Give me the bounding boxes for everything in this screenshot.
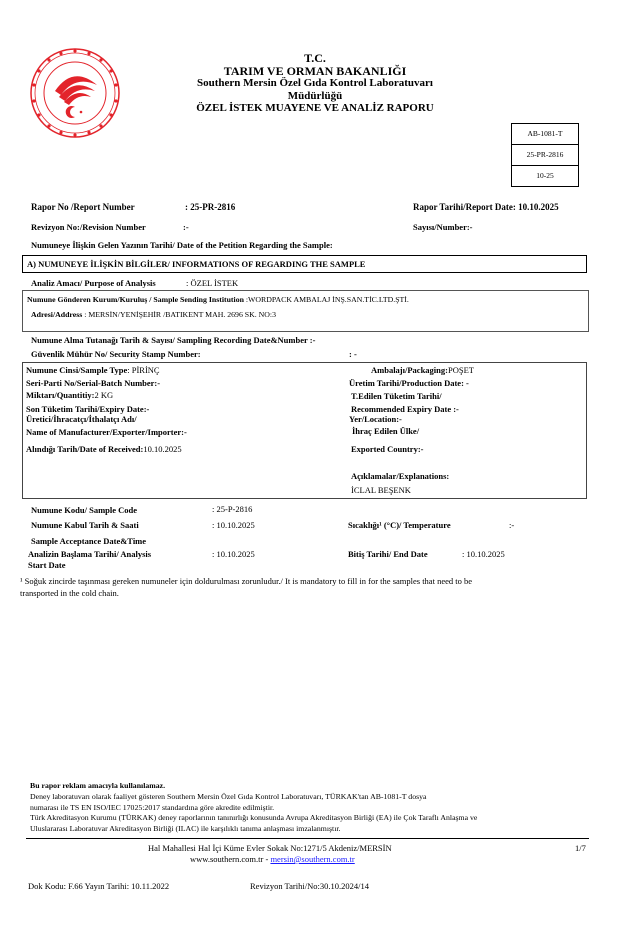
lab-name: Southern Mersin Özel Gıda Kontrol Labora… — [150, 77, 480, 90]
serial-batch: Seri-Parti No/Serial-Batch Number:- — [26, 378, 160, 389]
disclaimer-line-1: Deney laboratuvarı olarak faaliyet göste… — [30, 792, 426, 802]
month-code: 10-25 — [512, 166, 578, 186]
sample-type-value: : PİRİNÇ — [127, 365, 159, 375]
received-date-label: Alındığı Tarih/Date of Received: — [26, 444, 143, 454]
report-code: 25-PR-2816 — [512, 145, 578, 166]
disclaimer-line-2: numarası ile TS EN ISO/IEC 17025:2017 st… — [30, 803, 274, 813]
exported-country-tr: İhraç Edilen Ülke/ — [352, 426, 419, 437]
sample-type: Numune Cinsi/Sample Type: PİRİNÇ — [26, 365, 160, 376]
exported-country-en: Exported Country:- — [351, 444, 423, 455]
end-date-value: : 10.10.2025 — [462, 549, 505, 560]
start-date-label: Analizin Başlama Tarihi/ Analysis — [28, 549, 151, 560]
temperature-label: Sıcaklığı¹ (°C)/ Temperature — [348, 520, 451, 531]
acceptance-value: : 10.10.2025 — [212, 520, 255, 531]
recommended-expiry-en: Recommended Expiry Date :- — [351, 404, 459, 415]
sampling-label: Numune Alma Tutanağı Tarih & Sayısı/ Sam… — [31, 335, 308, 345]
revision-date: Revizyon Tarihi/No:30.10.2024/14 — [250, 881, 369, 892]
footer-website[interactable]: www.southern.com.tr — [190, 854, 263, 864]
address-value: : MERSİN/YENİŞEHİR /BATIKENT MAH. 2696 S… — [82, 310, 276, 319]
disclaimer-title: Bu rapor reklam amacıyla kullanılamaz. — [30, 781, 165, 791]
institution-value: :WORDPACK AMBALAJ İNŞ.SAN.TİC.LTD.ŞTİ. — [244, 295, 409, 304]
packaging-value: POŞET — [448, 365, 474, 375]
sample-code-label: Numune Kodu/ Sample Code — [31, 505, 137, 516]
footer-email-link[interactable]: mersin@southern.com.tr — [270, 854, 354, 864]
report-title: ÖZEL İSTEK MUAYENE VE ANALİZ RAPORU — [150, 102, 480, 115]
production-date: Üretim Tarihi/Production Date: - — [349, 378, 469, 389]
ministry-name: TARIM VE ORMAN BAKANLIĞI — [150, 65, 480, 78]
page-number: 1/7 — [575, 843, 586, 854]
recommended-expiry-tr: T.Edilen Tüketim Tarihi/ — [351, 391, 442, 402]
acceptance-label: Numune Kabul Tarih & Saati — [31, 520, 139, 531]
end-date-label: Bitiş Tarihi/ End Date — [348, 549, 428, 560]
institution-label: Numune Gönderen Kurum/Kuruluş / Sample S… — [27, 295, 244, 304]
footnote-line-2: transported in the cold chain. — [20, 588, 119, 599]
quantity: Miktarı/Quantitiy:2 KG — [26, 390, 113, 401]
disclaimer-line-3: Türk Akreditasyon Kurumu (TÜRKAK) deney … — [30, 813, 477, 823]
stamp-label: Güvenlik Mühür No/ Security Stamp Number… — [31, 349, 201, 360]
report-no-label: Rapor No /Report Number — [31, 202, 135, 213]
revision-label: Revizyon No:/Revision Number — [31, 222, 146, 233]
ministry-seal-icon — [27, 47, 123, 139]
section-a-title: A) NUMUNEYE İLİŞKİN BİLGİLER/ INFORMATIO… — [27, 259, 365, 270]
temperature-value: :- — [509, 520, 514, 531]
petition-date: Numuneye İlişkin Gelen Yazının Tarihi/ D… — [31, 240, 333, 251]
footnote-line-1: ¹ Soğuk zincirde taşınması gereken numun… — [20, 576, 472, 587]
quantity-label: Miktarı/Quantitiy: — [26, 390, 94, 400]
packaging-label: Ambalajı/Packaging: — [371, 365, 448, 375]
explanations-value: İCLAL BEŞENK — [351, 485, 411, 496]
institution-box: Numune Gönderen Kurum/Kuruluş / Sample S… — [22, 290, 589, 332]
accreditation-code: AB-1081-T — [512, 124, 578, 145]
sample-info-box: Numune Cinsi/Sample Type: PİRİNÇ Seri-Pa… — [22, 362, 587, 499]
section-a-box: A) NUMUNEYE İLİŞKİN BİLGİLER/ INFORMATIO… — [22, 255, 587, 273]
purpose-label: Analiz Amacı/ Purpose of Analysis — [31, 278, 156, 289]
received-date-value: 10.10.2025 — [143, 444, 181, 454]
disclaimer-line-4: Uluslararası Laboratuvar Akreditasyon Bi… — [30, 824, 341, 834]
code-box: AB-1081-T 25-PR-2816 10-25 — [511, 123, 579, 187]
footer-divider — [26, 838, 589, 839]
location: Yer/Location:- — [349, 414, 402, 425]
packaging: Ambalajı/Packaging:POŞET — [371, 365, 474, 376]
received-date: Alındığı Tarih/Date of Received:10.10.20… — [26, 444, 182, 455]
address-label: Adresi/Address — [31, 310, 82, 319]
start-date-label-2: Start Date — [28, 560, 66, 571]
header-line-4: Müdürlüğü — [150, 90, 480, 103]
sampling-value: :- — [308, 335, 316, 345]
stamp-value: : - — [349, 349, 357, 360]
header-line-1: T.C. — [150, 52, 480, 65]
start-date-value: : 10.10.2025 — [212, 549, 255, 560]
report-date: Rapor Tarihi/Report Date: 10.10.2025 — [413, 202, 559, 213]
quantity-value: 2 KG — [94, 390, 113, 400]
explanations-label: Açıklamalar/Explanations: — [351, 471, 449, 482]
revision-value: :- — [183, 222, 189, 233]
doc-code: Dok Kodu: F.66 Yayın Tarihi: 10.11.2022 — [28, 881, 169, 892]
expiry-date: Son Tüketim Tarihi/Expiry Date:- — [26, 404, 149, 415]
manufacturer-label-tr: Üretici/İhracatçı/İthalatçı Adı/ — [26, 414, 137, 425]
report-no-value: : 25-PR-2816 — [185, 202, 235, 213]
footer-address: Hal Mahallesi Hal İçi Küme Evler Sokak N… — [148, 843, 392, 854]
acceptance-label-en: Sample Acceptance Date&Time — [31, 536, 146, 547]
sample-code-value: : 25-P-2816 — [212, 504, 252, 515]
number-field: Sayısı/Number:- — [413, 222, 473, 233]
manufacturer-label-en: Name of Manufacturer/Exporter/Importer:- — [26, 427, 187, 438]
purpose-value: : ÖZEL İSTEK — [186, 278, 238, 289]
document-header: T.C. TARIM VE ORMAN BAKANLIĞI Southern M… — [150, 52, 480, 115]
sample-type-label: Numune Cinsi/Sample Type — [26, 365, 127, 375]
